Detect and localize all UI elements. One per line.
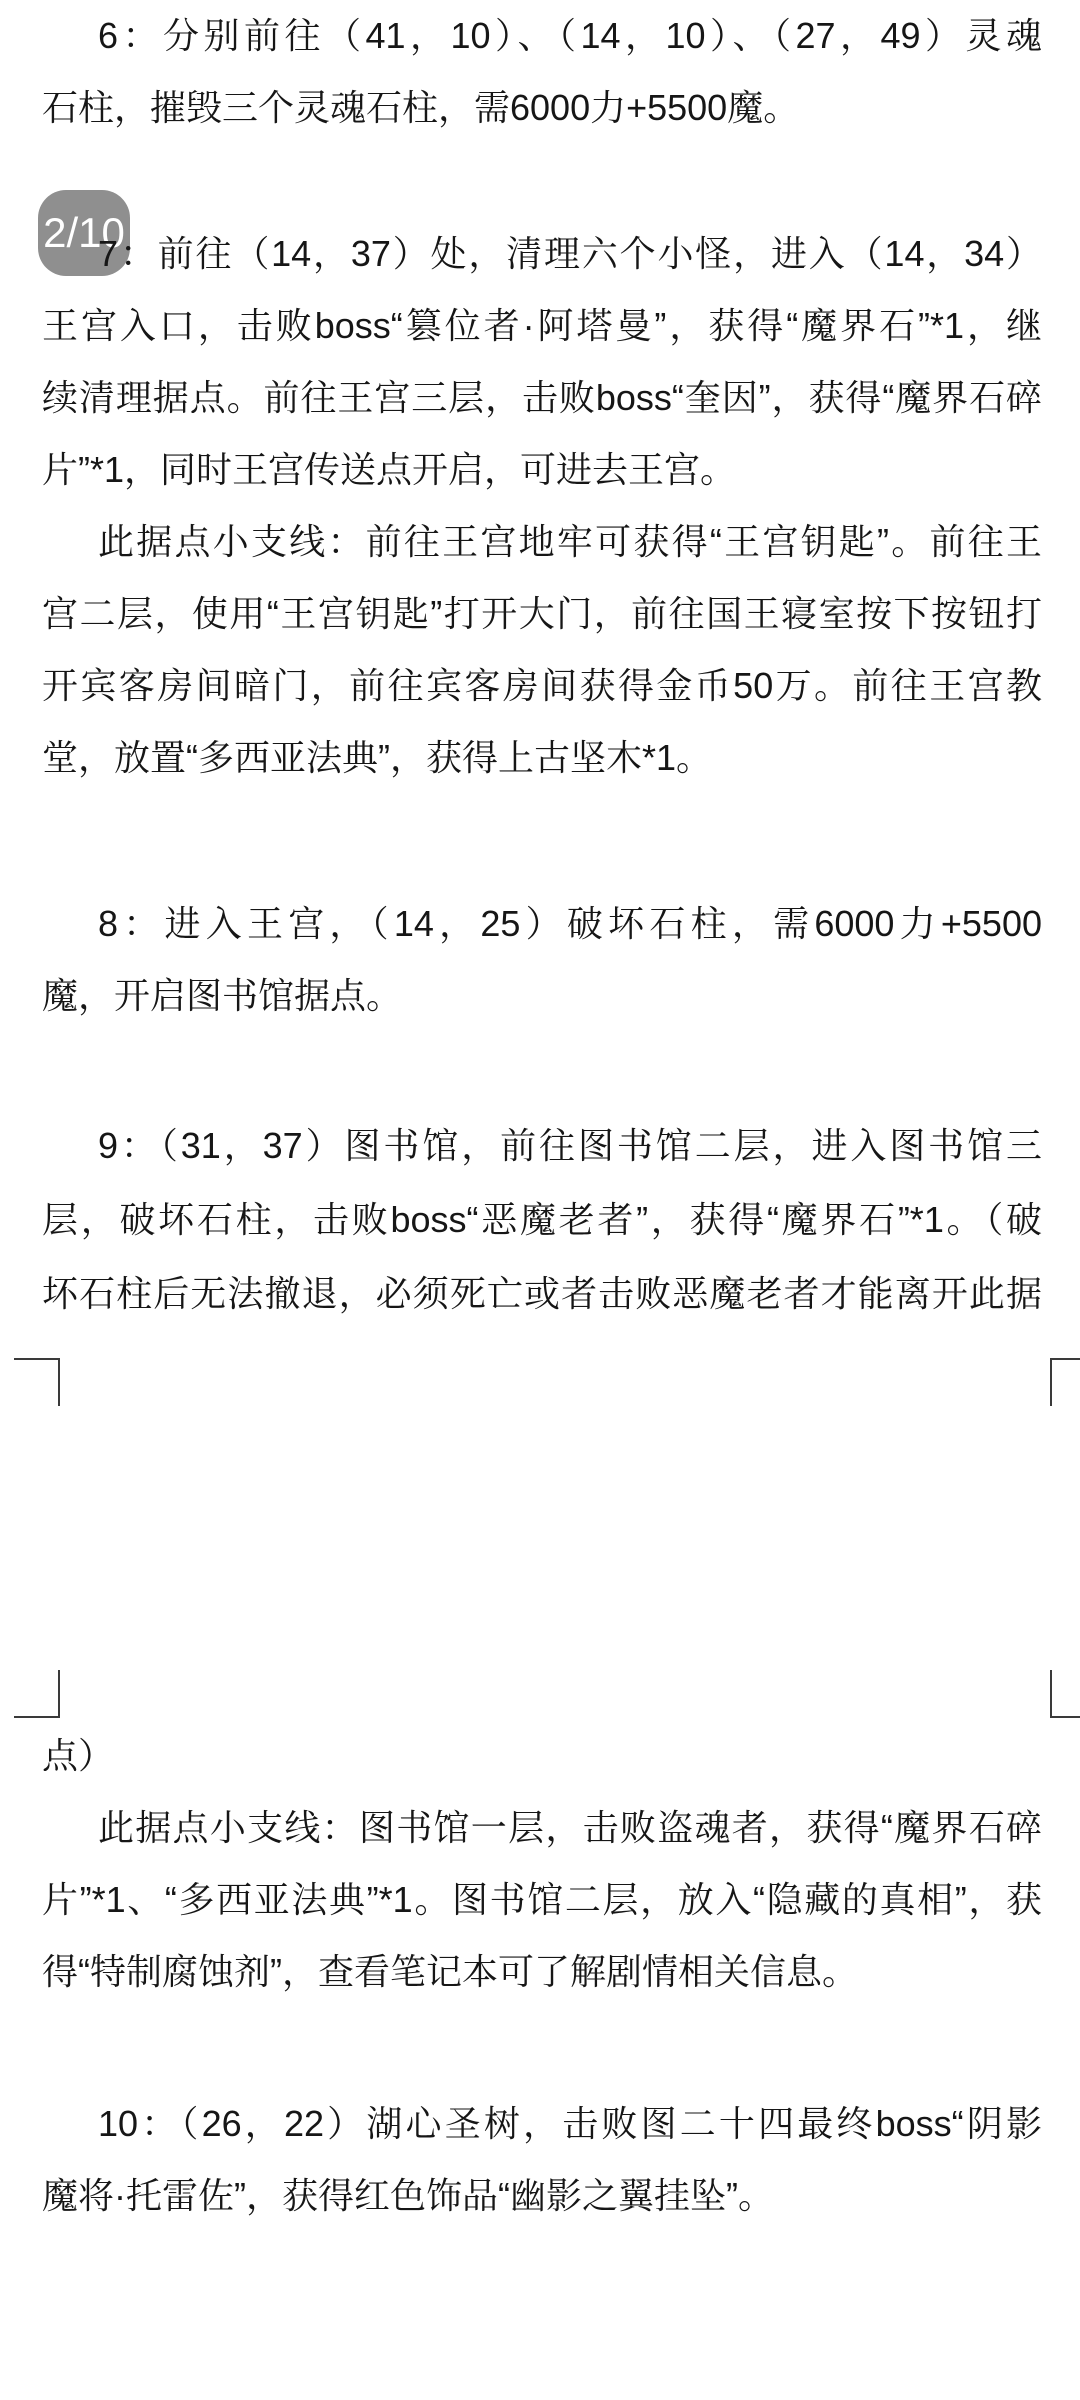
text-line: 石柱，摧毁三个灵魂石柱，需6000力+5500魔。 <box>42 72 1042 144</box>
text-line: 片”*1、“多西亚法典”*1。图书馆二层，放入“隐藏的真相”，获 <box>42 1864 1042 1936</box>
page-break-corner-mark-top-left <box>14 1358 60 1406</box>
text-line: 续清理据点。前往王宫三层，击败boss“奎因”，获得“魔界石碎 <box>42 362 1042 434</box>
text-line: 堂，放置“多西亚法典”，获得上古坚木*1。 <box>42 722 1042 794</box>
text-line: 片”*1，同时王宫传送点开启，可进去王宫。 <box>42 434 1042 506</box>
text-line: 王宫入口，击败boss“篡位者·阿塔曼”，获得“魔界石”*1，继 <box>42 290 1042 362</box>
page-break-corner-mark-top-right <box>1050 1358 1080 1406</box>
text-line: 宫二层，使用“王宫钥匙”打开大门，前往国王寝室按下按钮打 <box>42 578 1042 650</box>
text-line: 此据点小支线：前往王宫地牢可获得“王宫钥匙”。前往王 <box>42 506 1042 578</box>
text-line: 魔，开启图书馆据点。 <box>42 960 1042 1032</box>
text-line: 点） <box>42 1720 1042 1792</box>
text-line: 此据点小支线：图书馆一层，击败盗魂者，获得“魔界石碎 <box>42 1792 1042 1864</box>
page-break-corner-mark-bottom-left <box>14 1670 60 1718</box>
text-line: 10：（26，22）湖心圣树，击败图二十四最终boss“阴影 <box>42 2088 1042 2160</box>
text-line: 7：前往（14，37）处，清理六个小怪，进入（14，34） <box>42 218 1042 290</box>
text-line: 6：分别前往（41，10）、（14，10）、（27，49）灵魂 <box>42 0 1042 72</box>
text-line: 魔将·托雷佐”，获得红色饰品“幽影之翼挂坠”。 <box>42 2160 1042 2232</box>
text-line: 8：进入王宫，（14，25）破坏石柱，需6000力+5500 <box>42 888 1042 960</box>
text-line: 开宾客房间暗门，前往宾客房间获得金币50万。前往王宫教 <box>42 650 1042 722</box>
text-line: 得“特制腐蚀剂”，查看笔记本可了解剧情相关信息。 <box>42 1936 1042 2008</box>
text-line: 9：（31，37）图书馆，前往图书馆二层，进入图书馆三 <box>42 1110 1042 1182</box>
text-line: 层，破坏石柱，击败boss“恶魔老者”，获得“魔界石”*1。（破 <box>42 1184 1042 1256</box>
page-break-corner-mark-bottom-right <box>1050 1670 1080 1718</box>
document-page[interactable]: 2/10 6：分别前往（41，10）、（14，10）、（27，49）灵魂 石柱，… <box>0 0 1080 2400</box>
text-line: 坏石柱后无法撤退，必须死亡或者击败恶魔老者才能离开此据 <box>42 1258 1042 1330</box>
